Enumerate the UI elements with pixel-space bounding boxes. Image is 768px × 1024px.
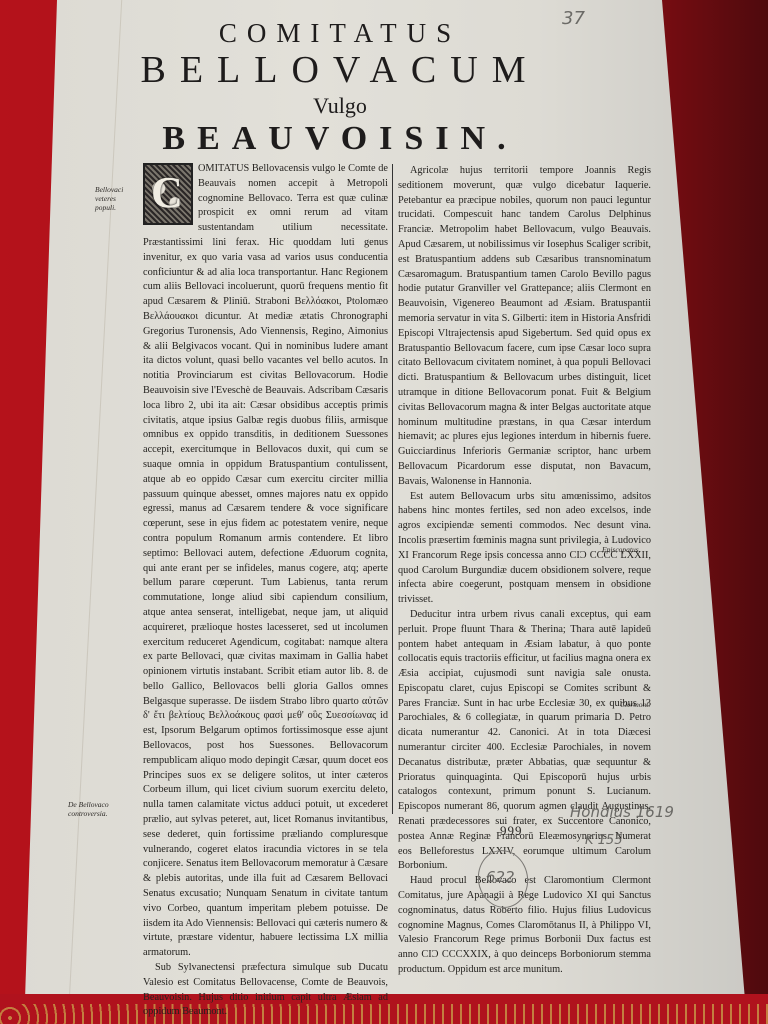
- title-line-vulgo: Vulgo: [120, 93, 560, 119]
- margin-note-controversia: De Bellovaco controversia.: [68, 800, 110, 818]
- title-line-beauvoisin: BEAUVOISIN.: [120, 120, 560, 158]
- title-line-comitatus: COMITATUS: [120, 18, 560, 49]
- pencil-note-top: 37: [562, 8, 585, 29]
- pencil-circled-number: 622: [486, 868, 515, 886]
- paragraph: Sub Sylvanectensi præfectura simulque su…: [143, 961, 388, 1020]
- margin-note-bellovaci: Bellovaci veteres populi.: [95, 185, 135, 212]
- paragraph: Agricolæ hujus territorii tempore Joanni…: [398, 164, 651, 490]
- text-column-right: Agricolæ hujus territorii tempore Joanni…: [398, 164, 651, 978]
- page-number: 999: [500, 823, 523, 839]
- paragraph: OMITATUS Bellovacensis vulgo le Comte de…: [143, 162, 388, 961]
- column-rule: [392, 164, 393, 814]
- pencil-attribution: Hondius 1619: [570, 803, 674, 821]
- title-line-bellovacum: BELLOVACUM: [120, 48, 560, 92]
- decorated-initial-c: C: [143, 163, 193, 225]
- pencil-ref: K 155: [585, 833, 622, 848]
- paragraph: Est autem Bellovacum urbs situ amœnissim…: [398, 490, 651, 608]
- text-column-left: C OMITATUS Bellovacensis vulgo le Comte …: [143, 162, 388, 1020]
